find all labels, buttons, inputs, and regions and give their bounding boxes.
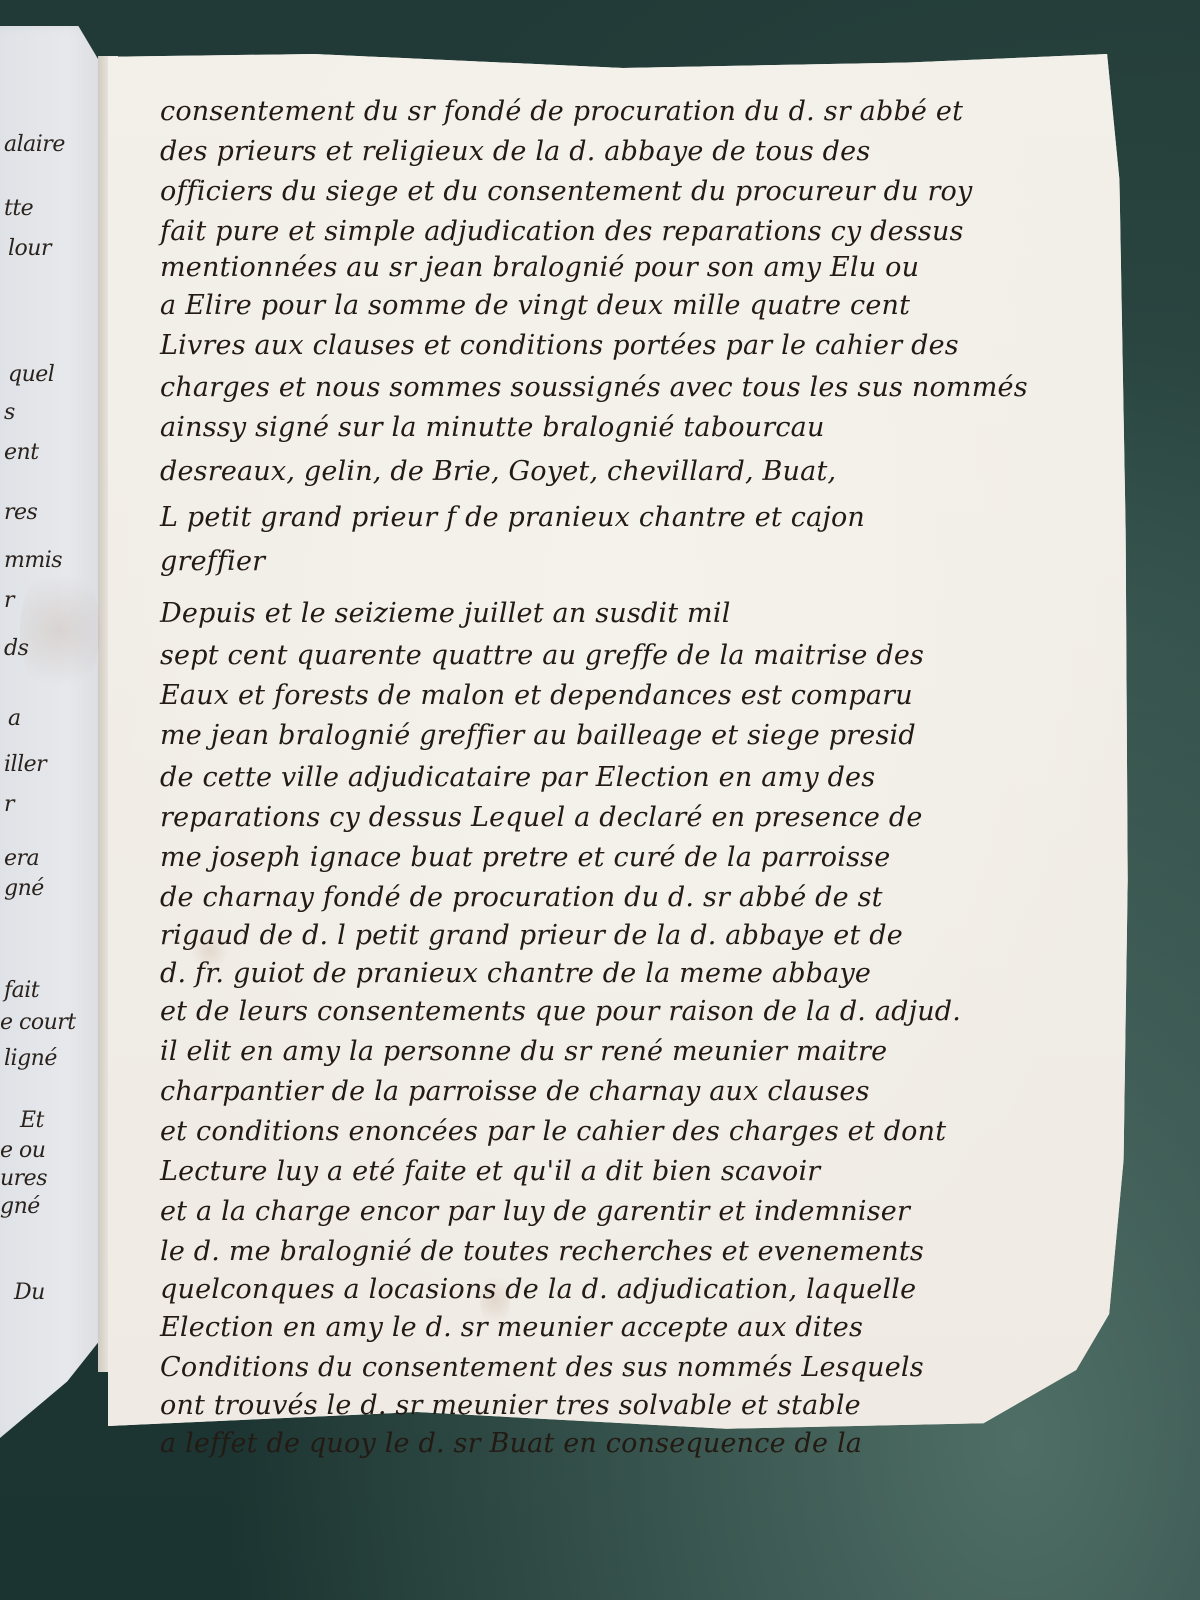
left-fragment: Du [14, 1280, 45, 1305]
manuscript-heading-line: Depuis et le seizieme juillet an susdit … [160, 598, 731, 629]
manuscript-line: de cette ville adjudicataire par Electio… [160, 762, 875, 793]
manuscript-line: reparations cy dessus Lequel a declaré e… [160, 802, 923, 833]
manuscript-line: greffier [160, 546, 265, 577]
left-fragment: ent [4, 440, 39, 465]
left-fragment: res [4, 500, 37, 525]
manuscript-line: de charnay fondé de procuration du d. sr… [160, 882, 883, 913]
manuscript-line: des prieurs et religieux de la d. abbaye… [160, 136, 870, 167]
left-fragment: ures [0, 1166, 47, 1191]
left-fragment: s [4, 400, 15, 425]
left-fragment: tte [4, 196, 33, 221]
manuscript-line: et de leurs consentements que pour raiso… [160, 996, 961, 1027]
manuscript-line: Lecture luy a eté faite et qu'il a dit b… [160, 1156, 820, 1187]
left-fragment: alaire [4, 132, 65, 157]
manuscript-line: fait pure et simple adjudication des rep… [160, 216, 964, 247]
manuscript-line: me joseph ignace buat pretre et curé de … [160, 842, 890, 873]
left-fragment: ligné [4, 1046, 57, 1071]
manuscript-line: d. fr. guiot de pranieux chantre de la m… [160, 958, 871, 989]
manuscript-line: le d. me bralognié de toutes recherches … [160, 1236, 924, 1267]
left-fragment: era [4, 846, 39, 871]
left-fragment: Et [20, 1108, 44, 1133]
left-fragment: gné [4, 876, 44, 901]
ink-stain [20, 560, 100, 700]
left-fragment: r [4, 792, 14, 817]
manuscript-line: et a la charge encor par luy de garentir… [160, 1196, 910, 1227]
manuscript-line: ainssy signé sur la minutte bralognié ta… [160, 412, 825, 443]
left-fragment: e ou [0, 1138, 45, 1163]
manuscript-line: charpantier de la parroisse de charnay a… [160, 1076, 870, 1107]
left-fragment: quel [8, 362, 54, 387]
left-fragment: fait [4, 978, 39, 1003]
manuscript-line: L petit grand prieur f de pranieux chant… [160, 502, 865, 533]
left-fragment: gné [0, 1194, 40, 1219]
manuscript-line: et conditions enoncées par le cahier des… [160, 1116, 946, 1147]
manuscript-line: officiers du siege et du consentement du… [160, 176, 972, 207]
manuscript-line: sept cent quarente quattre au greffe de … [160, 640, 924, 671]
left-fragment: a [8, 706, 21, 731]
manuscript-line: a Elire pour la somme de vingt deux mill… [160, 290, 910, 321]
manuscript-line: rigaud de d. l petit grand prieur de la … [160, 920, 903, 951]
manuscript-line: consentement du sr fondé de procuration … [160, 96, 963, 127]
left-fragment: iller [4, 752, 46, 777]
left-fragment: ds [4, 636, 28, 661]
left-fragment: mmis [4, 548, 62, 573]
manuscript-line: quelconques a locasions de la d. adjudic… [160, 1274, 916, 1305]
left-fragment: r [4, 588, 14, 613]
manuscript-line: Conditions du consentement des sus nommé… [160, 1352, 924, 1383]
manuscript-line: Livres aux clauses et conditions portées… [160, 330, 959, 361]
manuscript-line: charges et nous sommes soussignés avec t… [160, 372, 1028, 403]
manuscript-line: ont trouvés le d. sr meunier tres solvab… [160, 1390, 861, 1421]
manuscript-line: desreaux, gelin, de Brie, Goyet, chevill… [160, 456, 836, 487]
left-fragment: lour [8, 236, 51, 261]
manuscript-line: Eaux et forests de malon et dependances … [160, 680, 913, 711]
manuscript-line: il elit en amy la personne du sr rené me… [160, 1036, 887, 1067]
manuscript-line: a leffet de quoy le d. sr Buat en conseq… [160, 1428, 862, 1459]
manuscript-line: mentionnées au sr jean bralognié pour so… [160, 252, 919, 283]
manuscript-line: me jean bralognié greffier au bailleage … [160, 720, 916, 751]
manuscript-line: Election en amy le d. sr meunier accepte… [160, 1312, 863, 1343]
left-fragment: e court [0, 1010, 76, 1035]
